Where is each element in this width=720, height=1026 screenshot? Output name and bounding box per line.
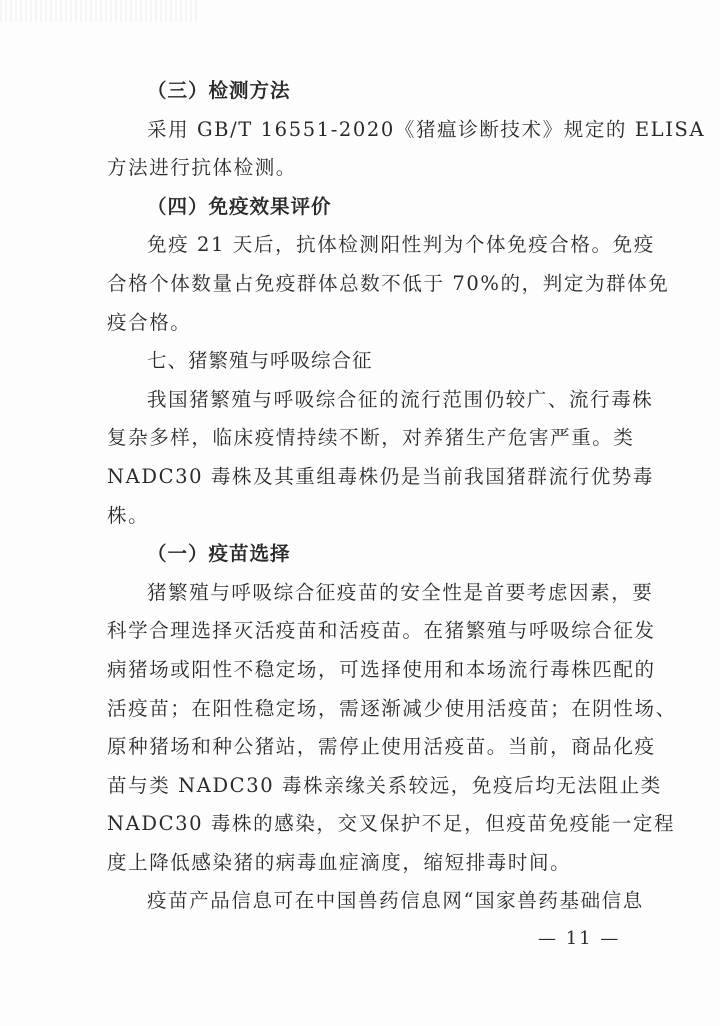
page-number: — 11 — [538, 928, 620, 949]
paragraph-line: 活疫苗；在阳性稳定场，需逐渐减少使用活疫苗；在阴性场、 [107, 690, 625, 729]
subheading-vaccine-selection: （一）疫苗选择 [107, 535, 625, 574]
paragraph-line: 免疫 21 天后，抗体检测阳性判为个体免疫合格。免疫 [107, 226, 625, 265]
paragraph-line: NADC30 毒株的感染，交叉保护不足，但疫苗免疫能一定程 [107, 805, 625, 844]
paragraph-line: 合格个体数量占免疫群体总数不低于 70%的，判定为群体免 [107, 265, 625, 304]
scan-artifact [0, 0, 200, 22]
paragraph-line: NADC30 毒株及其重组毒株仍是当前我国猪群流行优势毒 [107, 458, 625, 497]
subheading-detection-method: （三）检测方法 [107, 72, 625, 111]
paragraph-line: 病猪场或阳性不稳定场，可选择使用和本场流行毒株匹配的 [107, 651, 625, 690]
document-page: （三）检测方法 采用 GB/T 16551-2020《猪瘟诊断技术》规定的 EL… [107, 72, 625, 921]
paragraph-line: 度上降低感染猪的病毒血症滴度，缩短排毒时间。 [107, 844, 625, 883]
subheading-immune-evaluation: （四）免疫效果评价 [107, 188, 625, 227]
paragraph-line: 疫合格。 [107, 304, 625, 343]
paragraph-line: 苗与类 NADC30 毒株亲缘关系较远，免疫后均无法阻止类 [107, 767, 625, 806]
section-heading-prrs: 七、猪繁殖与呼吸综合征 [107, 342, 625, 381]
paragraph-line: 我国猪繁殖与呼吸综合征的流行范围仍较广、流行毒株 [107, 381, 625, 420]
paragraph-line: 方法进行抗体检测。 [107, 149, 625, 188]
paragraph-line: 复杂多样，临床疫情持续不断，对养猪生产危害严重。类 [107, 419, 625, 458]
paragraph-line: 科学合理选择灭活疫苗和活疫苗。在猪繁殖与呼吸综合征发 [107, 612, 625, 651]
paragraph-line: 猪繁殖与呼吸综合征疫苗的安全性是首要考虑因素，要 [107, 574, 625, 613]
paragraph-line: 采用 GB/T 16551-2020《猪瘟诊断技术》规定的 ELISA [107, 111, 625, 150]
paragraph-line: 株。 [107, 497, 625, 536]
paragraph-line: 原种猪场和种公猪站，需停止使用活疫苗。当前，商品化疫 [107, 728, 625, 767]
paragraph-line: 疫苗产品信息可在中国兽药信息网“国家兽药基础信息 [107, 882, 625, 921]
